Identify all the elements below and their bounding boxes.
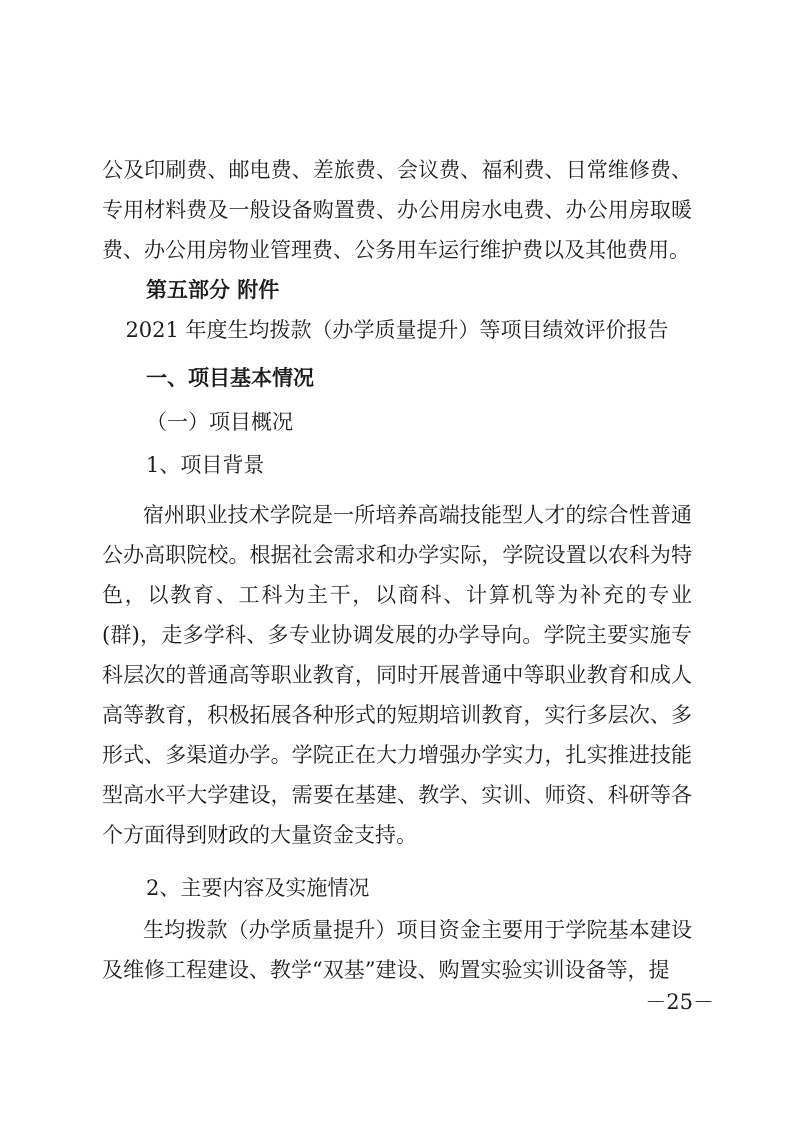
page-number: －25－ [645,988,714,1016]
document-page: 公及印刷费、邮电费、差旅费、会议费、福利费、日常维修费、专用材料费及一般设备购置… [0,0,794,1122]
report-title: 2021 年度生均拨款（办学质量提升）等项目绩效评价报告 [102,310,692,350]
heading-section1-project-basic-info: 一、项目基本情况 [102,358,692,398]
paragraph-main-content: 生均拨款（办学质量提升）项目资金主要用于学院基本建设及维修工程建设、教学“双基”… [102,910,692,990]
heading-1-1-2-main-content: 2、主要内容及实施情况 [102,868,692,908]
heading-part5-appendix: 第五部分 附件 [102,270,692,310]
paragraph-expense-continuation: 公及印刷费、邮电费、差旅费、会议费、福利费、日常维修费、专用材料费及一般设备购置… [102,150,692,270]
heading-1-1-1-project-background: 1、项目背景 [102,445,692,485]
heading-1-1-project-overview: （一）项目概况 [102,402,692,442]
paragraph-project-background: 宿州职业技术学院是一所培养高端技能型人才的综合性普通公办高职院校。根据社会需求和… [102,495,692,855]
